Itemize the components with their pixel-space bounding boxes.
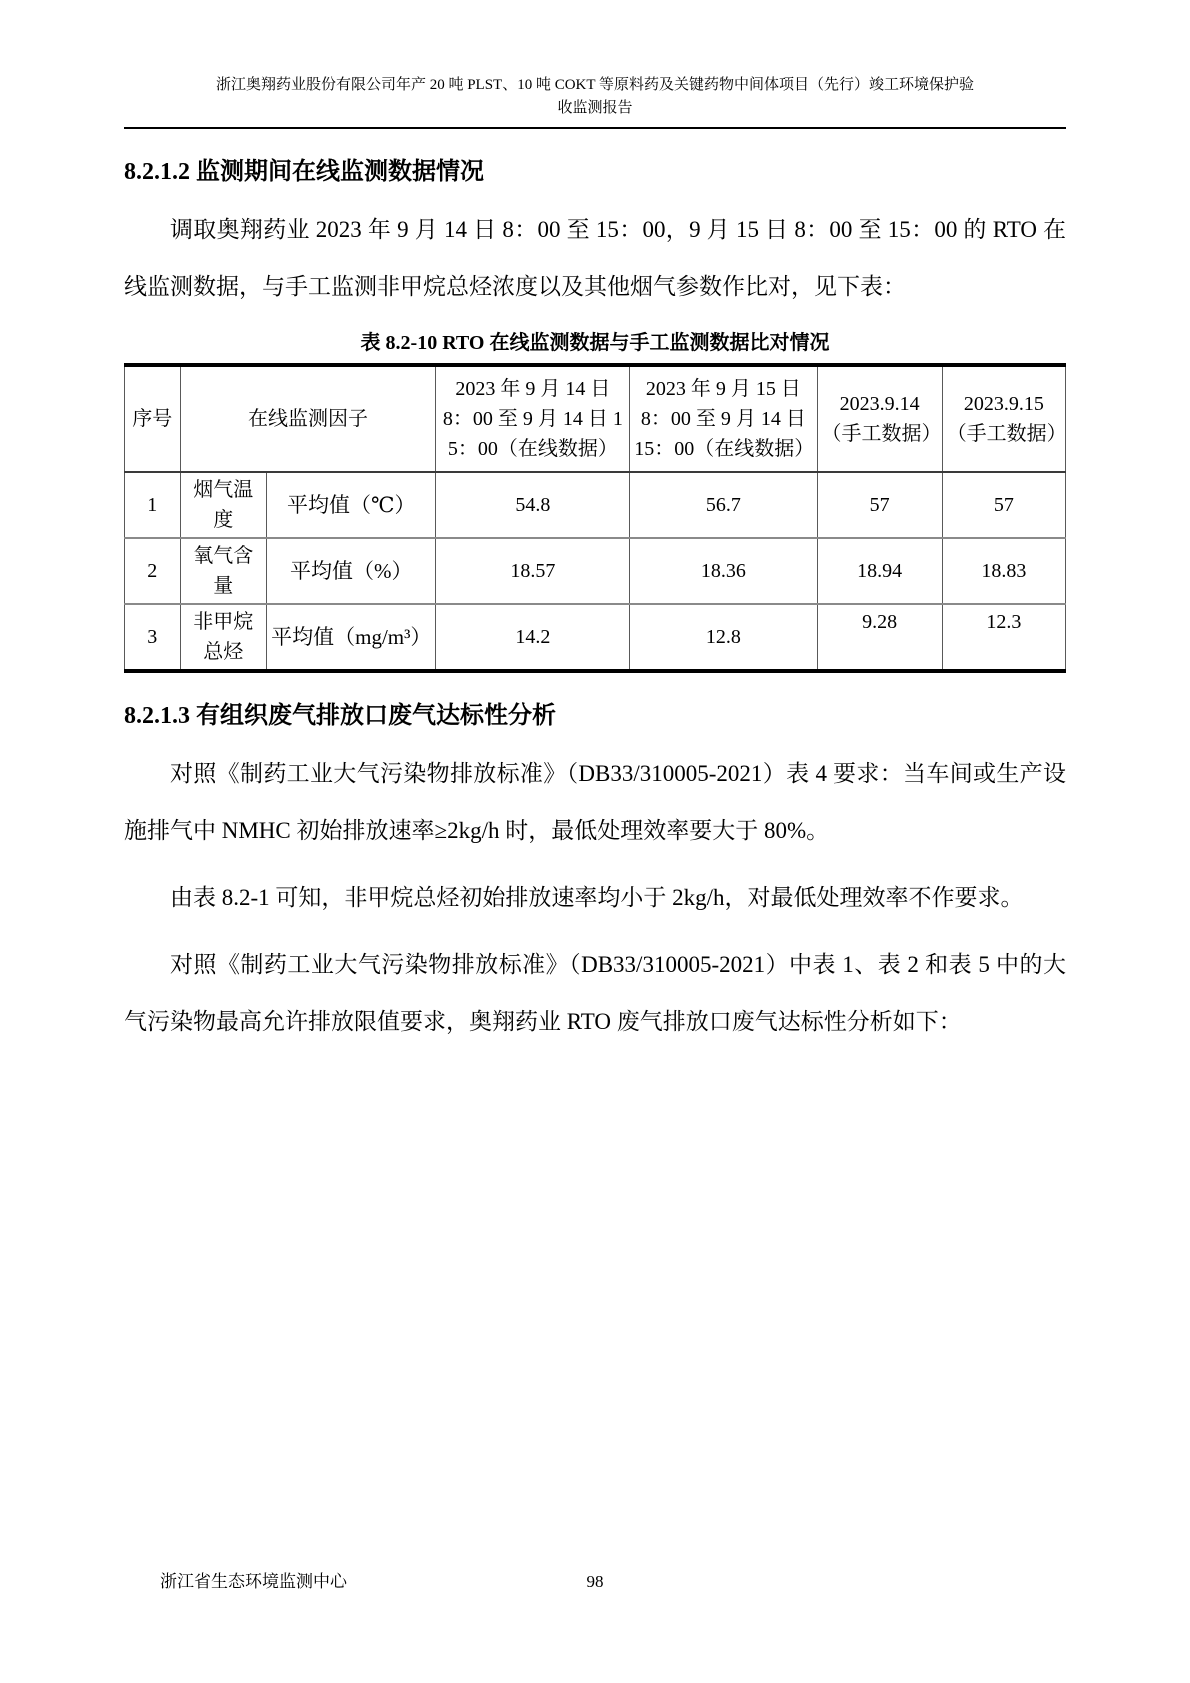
cell-manual-0914: 18.94 <box>817 538 942 604</box>
cell-online-0914: 14.2 <box>436 604 630 671</box>
header-cell-seq: 序号 <box>125 365 181 472</box>
header-rule <box>124 127 1066 129</box>
paragraph-table-821: 由表 8.2-1 可知，非甲烷总烃初始排放速率均小于 2kg/h，对最低处理效率… <box>124 869 1066 926</box>
cell-manual-0915: 57 <box>942 472 1065 538</box>
table-row-flue-gas-temp: 1 烟气温度 平均值（℃） 54.8 56.7 57 57 <box>125 472 1066 538</box>
cell-online-0914: 18.57 <box>436 538 630 604</box>
header-cell-manual-0914: 2023.9.14（手工数据） <box>817 365 942 472</box>
table-row-nmhc: 3 非甲烷总烃 平均值（mg/m³） 14.2 12.8 9.28 12.3 <box>125 604 1066 671</box>
table-caption: 表 8.2-10 RTO 在线监测数据与手工监测数据比对情况 <box>124 329 1066 357</box>
cell-manual-0914: 9.28 <box>817 604 942 671</box>
header-cell-online-0914: 2023 年 9 月 14 日 8：00 至 9 月 14 日 15：00（在线… <box>436 365 630 472</box>
cell-seq: 1 <box>125 472 181 538</box>
cell-online-0915: 18.36 <box>630 538 817 604</box>
footer-page-number: 98 <box>124 1571 1066 1593</box>
cell-manual-0914: 57 <box>817 472 942 538</box>
section-heading-8212: 8.2.1.2 监测期间在线监测数据情况 <box>124 155 1066 189</box>
document-page: 浙江奥翔药业股份有限公司年产 20 吨 PLST、10 吨 COKT 等原料药及… <box>0 0 1190 1683</box>
cell-factor: 氧气含量 <box>180 538 267 604</box>
cell-online-0915: 12.8 <box>630 604 817 671</box>
table-header-row: 序号 在线监测因子 2023 年 9 月 14 日 8：00 至 9 月 14 … <box>125 365 1066 472</box>
header-line-1: 浙江奥翔药业股份有限公司年产 20 吨 PLST、10 吨 COKT 等原料药及… <box>124 74 1066 97</box>
cell-online-0914: 54.8 <box>436 472 630 538</box>
cell-seq: 3 <box>125 604 181 671</box>
header-cell-factor: 在线监测因子 <box>180 365 436 472</box>
table-row-oxygen-content: 2 氧气含量 平均值（%） 18.57 18.36 18.94 18.83 <box>125 538 1066 604</box>
cell-stat: 平均值（%） <box>267 538 436 604</box>
header-line-2: 收监测报告 <box>124 97 1066 120</box>
cell-manual-0915: 12.3 <box>942 604 1065 671</box>
paragraph-standard-table4: 对照《制药工业大气污染物排放标准》（DB33/310005-2021）表 4 要… <box>124 745 1066 859</box>
paragraph-standard-limits: 对照《制药工业大气污染物排放标准》（DB33/310005-2021）中表 1、… <box>124 936 1066 1050</box>
cell-factor: 非甲烷总烃 <box>180 604 267 671</box>
comparison-table: 序号 在线监测因子 2023 年 9 月 14 日 8：00 至 9 月 14 … <box>124 363 1066 673</box>
paragraph-online-data-intro: 调取奥翔药业 2023 年 9 月 14 日 8：00 至 15：00，9 月 … <box>124 201 1066 315</box>
cell-stat: 平均值（mg/m³） <box>267 604 436 671</box>
section-heading-8213: 8.2.1.3 有组织废气排放口废气达标性分析 <box>124 699 1066 733</box>
page-header: 浙江奥翔药业股份有限公司年产 20 吨 PLST、10 吨 COKT 等原料药及… <box>124 74 1066 120</box>
header-cell-manual-0915: 2023.9.15（手工数据） <box>942 365 1065 472</box>
cell-online-0915: 56.7 <box>630 472 817 538</box>
cell-stat: 平均值（℃） <box>267 472 436 538</box>
cell-manual-0915: 18.83 <box>942 538 1065 604</box>
header-cell-online-0915: 2023 年 9 月 15 日 8：00 至 9 月 14 日 15：00（在线… <box>630 365 817 472</box>
cell-seq: 2 <box>125 538 181 604</box>
cell-factor: 烟气温度 <box>180 472 267 538</box>
